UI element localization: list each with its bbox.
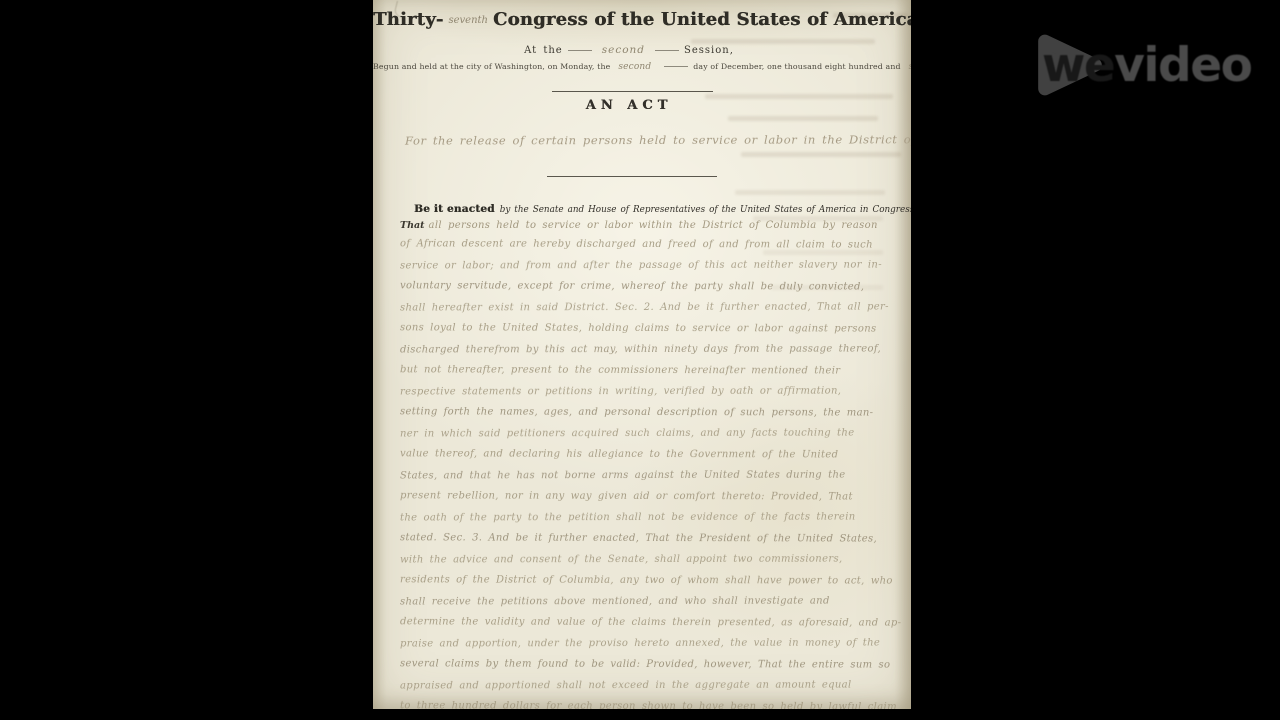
ink-bleed bbox=[735, 190, 885, 195]
script-line: respective statements or petitions in wr… bbox=[400, 380, 905, 402]
script-line: sons loyal to the United States, holding… bbox=[400, 317, 905, 339]
congress-prefix: Thirty- bbox=[373, 9, 443, 30]
date-text-begin: Begun and held at the city of Washington… bbox=[373, 62, 610, 71]
session-line: At thesecondSession, bbox=[373, 44, 885, 56]
session-ordinal-handwritten: second bbox=[602, 44, 645, 56]
script-line: discharged therefrom by this act may, wi… bbox=[400, 338, 905, 360]
date-line: Begun and held at the city of Washington… bbox=[373, 62, 885, 72]
that-word: That bbox=[400, 220, 425, 231]
session-word: Session, bbox=[684, 45, 734, 56]
script-line: residents of the District of Columbia, a… bbox=[400, 569, 905, 591]
script-line: value thereof, and declaring his allegia… bbox=[400, 443, 905, 465]
script-line: ner in which said petitioners acquired s… bbox=[400, 422, 905, 444]
act-title-handwritten: For the release of certain persons held … bbox=[405, 132, 895, 147]
script-line: shall hereafter exist in said District. … bbox=[400, 296, 905, 318]
script-line: States, and that he has not borne arms a… bbox=[400, 464, 905, 486]
script-line: the oath of the party to the petition sh… bbox=[400, 506, 905, 528]
congress-ordinal-handwritten: seventh bbox=[448, 15, 488, 26]
script-line: with the advice and consent of the Senat… bbox=[400, 548, 905, 570]
script-line: shall receive the petitions above mentio… bbox=[400, 590, 905, 612]
divider-rule-mid bbox=[547, 176, 717, 177]
script-line: voluntary servitude, except for crime, w… bbox=[400, 275, 905, 297]
script-line: stated. Sec. 3. And be it further enacte… bbox=[400, 527, 905, 549]
fill-rule bbox=[664, 66, 688, 67]
act-body-first-line: Thatall persons held to service or labor… bbox=[400, 213, 878, 232]
script-line: but not thereafter, present to the commi… bbox=[400, 359, 905, 381]
fill-rule bbox=[655, 50, 679, 51]
date-text-mid: day of December, one thousand eight hund… bbox=[693, 62, 900, 71]
script-line: service or labor; and from and after the… bbox=[400, 254, 905, 276]
script-line: several claims by them found to be valid… bbox=[400, 653, 905, 675]
congress-header: Thirty-seventhCongress of the United Sta… bbox=[373, 9, 885, 30]
script-line: determine the validity and value of the … bbox=[400, 611, 905, 633]
wevideo-logo-text: wevideo bbox=[1042, 38, 1251, 93]
wevideo-video-label: video bbox=[1114, 38, 1251, 93]
session-prefix: At the bbox=[524, 45, 563, 56]
script-line: setting forth the names, ages, and perso… bbox=[400, 401, 905, 423]
document-page: Thirty-seventhCongress of the United Sta… bbox=[373, 0, 911, 709]
date-year-handwritten: sixty-one. bbox=[909, 62, 911, 72]
script-line: of African descent are hereby discharged… bbox=[400, 233, 905, 255]
congress-title: Congress of the United States of America… bbox=[493, 9, 911, 30]
act-body-handwritten: of African descent are hereby discharged… bbox=[400, 234, 905, 709]
script-line: praise and apportion, under the proviso … bbox=[400, 632, 905, 654]
divider-rule-top bbox=[552, 91, 713, 92]
fill-rule bbox=[568, 50, 592, 51]
script-line: all persons held to service or labor wit… bbox=[429, 220, 878, 231]
wevideo-watermark: wevideo bbox=[1028, 26, 1258, 106]
video-frame: Thirty-seventhCongress of the United Sta… bbox=[0, 0, 1280, 720]
date-day-handwritten: second bbox=[618, 62, 651, 72]
act-heading: AN ACT bbox=[373, 98, 885, 113]
script-line: appraised and apportioned shall not exce… bbox=[400, 674, 905, 696]
script-line: present rebellion, nor in any way given … bbox=[400, 485, 905, 507]
ink-bleed bbox=[741, 152, 901, 157]
wevideo-we-label: we bbox=[1042, 38, 1114, 93]
ink-bleed bbox=[728, 116, 878, 121]
script-line: to three hundred dollars for each person… bbox=[400, 695, 905, 709]
